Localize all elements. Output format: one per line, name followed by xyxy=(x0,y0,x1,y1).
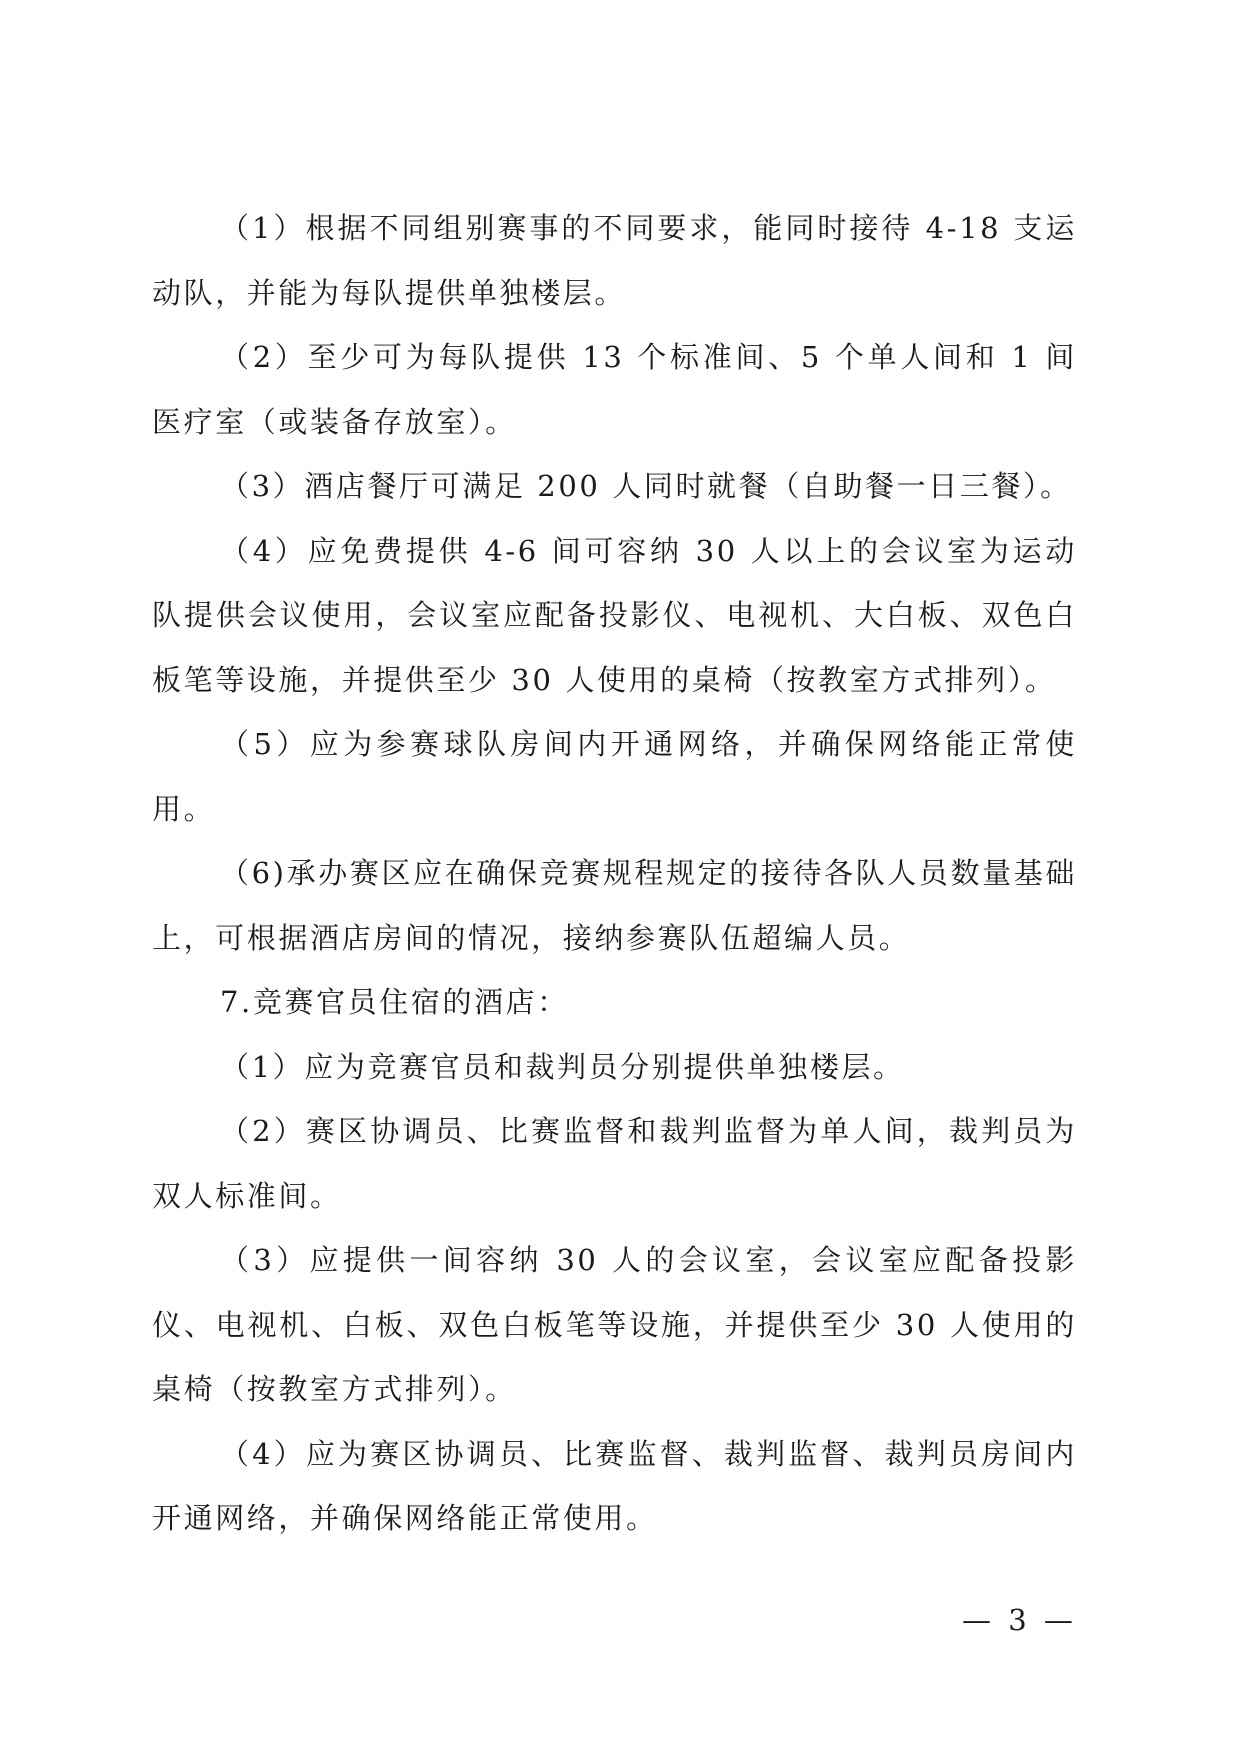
paragraph-team-hotel-3: （3）酒店餐厅可满足 200 人同时就餐（自助餐一日三餐）。 xyxy=(152,454,1077,519)
document-page: （1）根据不同组别赛事的不同要求，能同时接待 4-18 支运动队，并能为每队提供… xyxy=(0,0,1241,1754)
paragraph-team-hotel-1: （1）根据不同组别赛事的不同要求，能同时接待 4-18 支运动队，并能为每队提供… xyxy=(152,196,1077,325)
paragraph-team-hotel-6: （6)承办赛区应在确保竞赛规程规定的接待各队人员数量基础上，可根据酒店房间的情况… xyxy=(152,841,1077,970)
paragraph-officials-hotel-3: （3）应提供一间容纳 30 人的会议室，会议室应配备投影仪、电视机、白板、双色白… xyxy=(152,1228,1077,1422)
document-body: （1）根据不同组别赛事的不同要求，能同时接待 4-18 支运动队，并能为每队提供… xyxy=(152,196,1077,1551)
paragraph-team-hotel-4: （4）应免费提供 4-6 间可容纳 30 人以上的会议室为运动队提供会议使用，会… xyxy=(152,519,1077,713)
section-heading-officials-hotel: 7.竞赛官员住宿的酒店： xyxy=(152,970,1077,1035)
paragraph-officials-hotel-2: （2）赛区协调员、比赛监督和裁判监督为单人间，裁判员为双人标准间。 xyxy=(152,1099,1077,1228)
paragraph-team-hotel-5: （5）应为参赛球队房间内开通网络，并确保网络能正常使用。 xyxy=(152,712,1077,841)
paragraph-officials-hotel-1: （1）应为竞赛官员和裁判员分别提供单独楼层。 xyxy=(152,1035,1077,1100)
page-number: — 3 — xyxy=(962,1603,1077,1637)
paragraph-team-hotel-2: （2）至少可为每队提供 13 个标准间、5 个单人间和 1 间医疗室（或装备存放… xyxy=(152,325,1077,454)
paragraph-officials-hotel-4: （4）应为赛区协调员、比赛监督、裁判监督、裁判员房间内开通网络，并确保网络能正常… xyxy=(152,1422,1077,1551)
